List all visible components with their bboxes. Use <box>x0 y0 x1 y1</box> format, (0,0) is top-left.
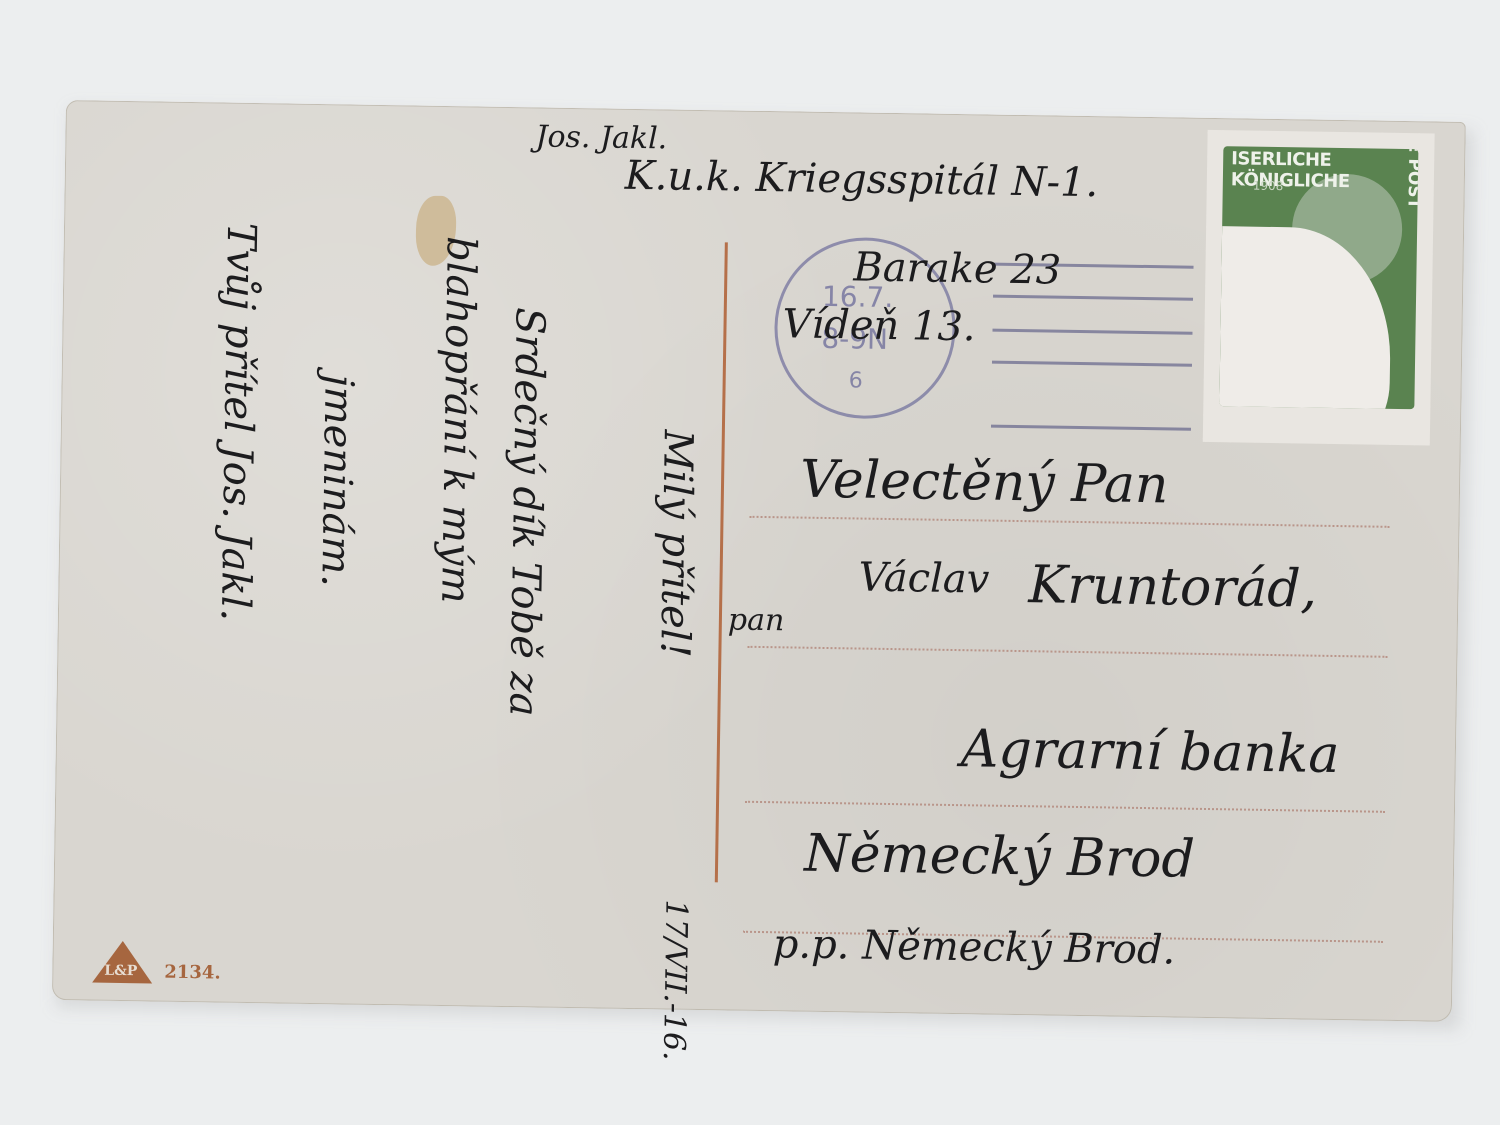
cancellation-line <box>991 425 1191 431</box>
address-dotted-line-2 <box>747 646 1387 658</box>
message-date: 17/VII.-16. <box>656 899 694 1061</box>
recipient-post-office: p.p. Německý Brod. <box>772 921 1175 973</box>
recipient-surname: Kruntorád, <box>1028 555 1317 620</box>
cancellation-line <box>992 329 1192 335</box>
message-line: blahopřání k mým <box>432 236 484 604</box>
postcard: 16.7. 8-9N 6 ISERLICHE KÖNIGLICHE 1908 C… <box>52 100 1466 1022</box>
message-line: Srdečný dík Tobě za <box>500 307 552 717</box>
stamp-inscription-side: CHE POST <box>1403 146 1418 209</box>
address-dotted-line-3 <box>745 801 1385 813</box>
sender-unit: K.u.k. Kriegsspitál N-1. <box>625 153 1099 206</box>
postage-stamp: ISERLICHE KÖNIGLICHE 1908 CHE POST <box>1203 130 1435 446</box>
publisher-mark: L&P <box>104 963 137 980</box>
message-signature: Tvůj přítel Jos. Jakl. <box>212 222 264 621</box>
sender-name: Jos. Jakl. <box>535 119 667 156</box>
cancellation-line <box>993 295 1193 301</box>
recipient-city: Německý Brod <box>804 824 1195 890</box>
center-divider-line <box>715 242 728 882</box>
recipient-first-name: Václav <box>858 555 989 603</box>
message-greeting: Milý přítel! <box>651 429 701 658</box>
address-dotted-line-1 <box>750 516 1390 528</box>
sender-city: Vídeň 13. <box>782 301 976 350</box>
stamp-year: 1908 <box>1253 179 1284 193</box>
card-number: 2134. <box>164 962 221 984</box>
recipient-institution: Agrarní banka <box>960 719 1339 785</box>
postmark-office: 6 <box>848 368 862 393</box>
recipient-title: pan <box>728 602 785 638</box>
sender-barracks: Barake 23 <box>853 244 1061 293</box>
message-line: jmeninám. <box>312 374 361 588</box>
cancellation-line <box>992 361 1192 367</box>
stamp-image: ISERLICHE KÖNIGLICHE 1908 CHE POST <box>1219 146 1418 409</box>
recipient-salutation: Velectěný Pan <box>800 450 1169 516</box>
